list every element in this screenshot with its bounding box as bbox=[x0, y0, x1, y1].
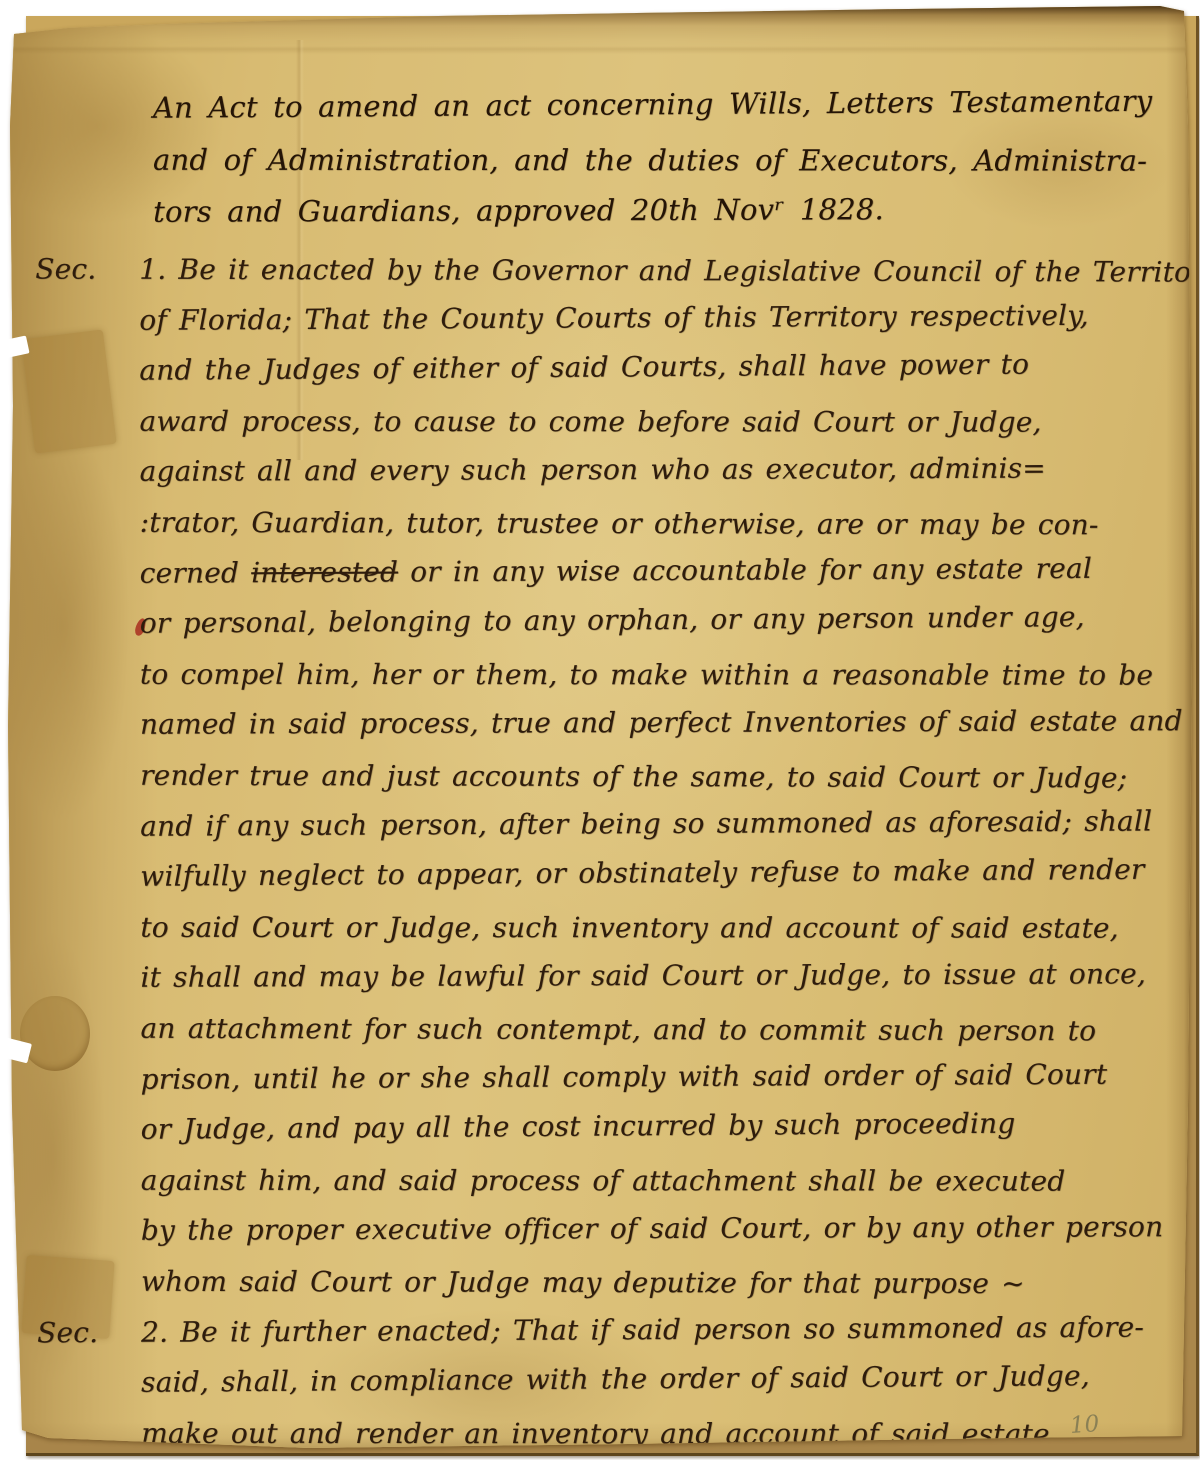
text-line: or Judge, and pay all the cost incurred … bbox=[141, 1107, 1016, 1159]
manuscript-page: An Act to amend an act concerning Wills,… bbox=[8, 6, 1192, 1448]
struck-word: interested bbox=[251, 555, 398, 589]
paper-surface: An Act to amend an act concerning Wills,… bbox=[8, 6, 1192, 1448]
text-line: tors and Guardians, approved 20th Novʳ 1… bbox=[153, 192, 884, 241]
text-line: and the Judges of either of said Courts,… bbox=[139, 348, 1029, 400]
text-line: cerned interested or in any wise account… bbox=[140, 551, 1093, 602]
scanned-document: An Act to amend an act concerning Wills,… bbox=[0, 0, 1200, 1460]
text-line: whom said Court or Judge may deputize fo… bbox=[141, 1265, 1025, 1313]
text-line: prison, until he or she shall comply wit… bbox=[141, 1057, 1108, 1108]
text-segment: cerned bbox=[140, 556, 252, 590]
text-line: award process, to cause to come before s… bbox=[139, 405, 1041, 452]
text-line: Sec.1. Be it enacted by the Governor and… bbox=[139, 253, 1200, 302]
text-line: named in said process, true and perfect … bbox=[140, 705, 1183, 755]
text-segment: or in any wise accountable for any estat… bbox=[398, 551, 1092, 588]
text-line: an attachment for such contempt, and to … bbox=[140, 1012, 1096, 1061]
text-line: to said Court or Judge, such inventory a… bbox=[140, 911, 1118, 958]
text-line: by the proper executive officer of said … bbox=[141, 1211, 1164, 1261]
section-label: Sec. bbox=[35, 253, 96, 286]
text-line: against all and every such person who as… bbox=[139, 452, 1045, 501]
text-line: it shall and may be lawful for said Cour… bbox=[140, 958, 1146, 1008]
text-line: or personal, belonging to any orphan, or… bbox=[140, 600, 1085, 653]
text-line: said, shall, in compliance with the orde… bbox=[141, 1359, 1090, 1412]
text-line: An Act to amend an act concerning Wills,… bbox=[153, 84, 1153, 137]
text-line: to compel him, her or them, to make with… bbox=[140, 658, 1153, 705]
text-line: :trator, Guardian, tutor, trustee or oth… bbox=[140, 506, 1099, 555]
text-line: and if any such person, after being so s… bbox=[140, 804, 1152, 855]
section-label: Sec. bbox=[37, 1316, 98, 1349]
page-number: 10 bbox=[1069, 1411, 1100, 1439]
text-line: render true and just accounts of the sam… bbox=[140, 759, 1127, 808]
text-line: against him, and said process of attachm… bbox=[141, 1164, 1066, 1211]
text-line: Sec.2. Be it further enacted; That if sa… bbox=[141, 1310, 1144, 1361]
manuscript-text: An Act to amend an act concerning Wills,… bbox=[7, 5, 1194, 1449]
text-line: of Florida; That the County Courts of th… bbox=[139, 298, 1089, 349]
text-line: and of Administration, and the duties of… bbox=[153, 143, 1147, 190]
text-line: wilfully neglect to appear, or obstinate… bbox=[140, 853, 1145, 906]
